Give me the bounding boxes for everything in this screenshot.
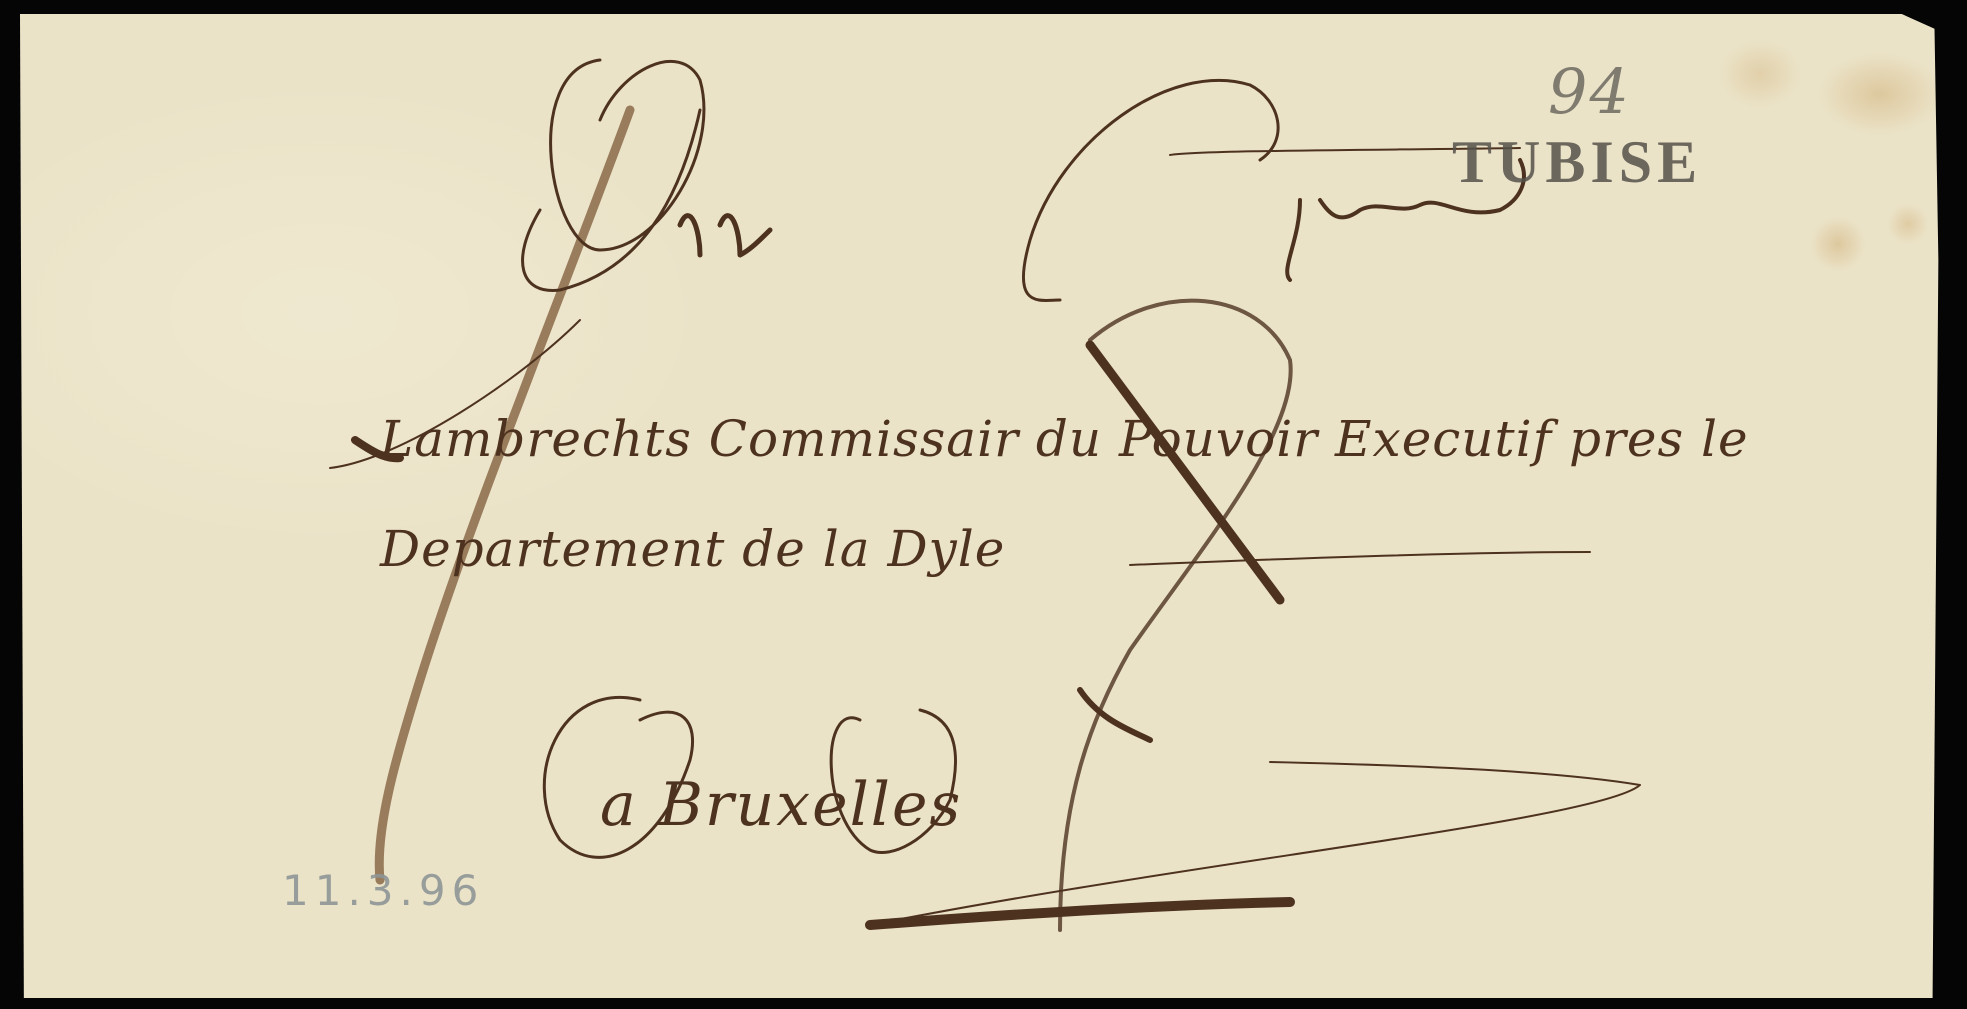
address-line-2: Lambrechts Commissair du Pouvoir Executi… [380,410,1749,468]
address-line-3: Departement de la Dyle [380,520,1005,578]
postmark-department-number: 94 [1548,55,1631,128]
rate-marking-stroke [1060,301,1291,930]
letter-a-flourish [523,60,704,290]
postmark-town: TUBISE [1452,128,1702,197]
pencil-date-note: 11.3.96 [282,866,484,915]
letter-c-flourish [1023,80,1278,300]
crayon-stroke [379,110,630,880]
address-line-4: a Bruxelles [600,770,962,840]
